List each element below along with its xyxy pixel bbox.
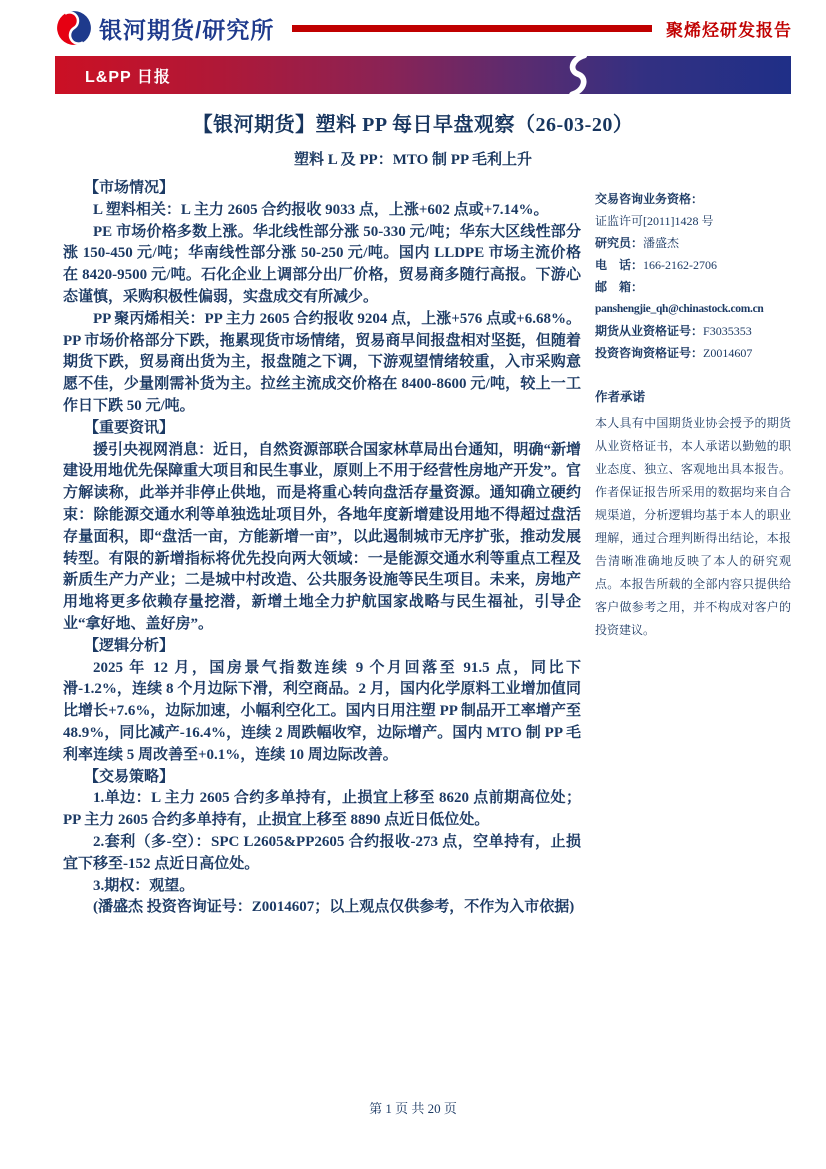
header-divider-rule (292, 25, 652, 32)
email-address: panshengjie_qh@chinastock.com.cn (595, 298, 791, 320)
researcher-name: 潘盛杰 (643, 236, 679, 250)
author-promise-text: 本人具有中国期货业协会授予的期货从业资格证书，本人承诺以勤勉的职业态度、独立、客… (595, 412, 791, 642)
futures-cert-number: F3035353 (703, 324, 752, 338)
page-number: 第 1 页 共 20 页 (369, 1101, 457, 1116)
banner-swirl-icon (563, 54, 591, 96)
report-content: 【市场情况】 L 塑料相关：L 主力 2605 合约报收 9033 点，上涨+6… (63, 178, 791, 919)
body-paragraph: 3.期权：观望。 (63, 876, 581, 898)
qualification-number: 证监许可[2011]1428 号 (595, 210, 791, 232)
report-page: 银河期货/研究所 聚烯烃研发报告 L&PP 日报 【银河期货】塑料 PP 每日早… (0, 0, 826, 1169)
body-paragraph: 2.套利（多-空）：SPC L2605&PP2605 合约报收-273 点，空单… (63, 832, 581, 876)
section-heading: 【交易策略】 (63, 767, 581, 789)
body-paragraph: 援引央视网消息：近日，自然资源部联合国家林草局出台通知，明确“新增建设用地优先保… (63, 440, 581, 636)
section-heading: 【重要资讯】 (63, 418, 581, 440)
brand-division-text: /研究所 (195, 17, 274, 43)
advisor-cert-row: 投资咨询资格证号：Z0014607 (595, 342, 791, 364)
page-footer: 第 1 页 共 20 页 (0, 1098, 826, 1117)
report-series-tag: 聚烯烃研发报告 (666, 16, 792, 41)
futures-cert-label: 期货从业资格证号： (595, 324, 703, 338)
phone-number: 166-2162-2706 (643, 258, 717, 272)
researcher-label: 研究员： (595, 236, 643, 250)
section-heading: 【市场情况】 (63, 178, 581, 200)
advisor-cert-label: 投资咨询资格证号： (595, 346, 703, 360)
page-subtitle: 塑料 L 及 PP：MTO 制 PP 毛利上升 (0, 148, 826, 169)
futures-cert-row: 期货从业资格证号：F3035353 (595, 320, 791, 342)
body-paragraph: L 塑料相关：L 主力 2605 合约报收 9033 点，上涨+602 点或+7… (63, 200, 581, 222)
researcher-info-panel: 交易咨询业务资格： 证监许可[2011]1428 号 研究员：潘盛杰 电 话：1… (595, 178, 791, 919)
report-header: 银河期货/研究所 聚烯烃研发报告 (56, 8, 792, 48)
qualification-label: 交易咨询业务资格： (595, 188, 791, 210)
banner-title: L&PP 日报 (85, 64, 171, 87)
report-body: 【市场情况】 L 塑料相关：L 主力 2605 合约报收 9033 点，上涨+6… (63, 178, 581, 919)
page-title: 【银河期货】塑料 PP 每日早盘观察（26-03-20） (0, 108, 826, 137)
body-paragraph: PE 市场价格多数上涨。华北线性部分涨 50-330 元/吨；华东大区线性部分涨… (63, 222, 581, 309)
phone-label: 电 话： (595, 258, 643, 272)
body-paragraph: (潘盛杰 投资咨询证号：Z0014607；以上观点仅供参考，不作为入市依据) (63, 897, 581, 919)
section-heading: 【逻辑分析】 (63, 636, 581, 658)
phone-row: 电 话：166-2162-2706 (595, 254, 791, 276)
brand-swirl-icon (56, 10, 92, 46)
body-paragraph: 2025 年 12 月，国房景气指数连续 9 个月回落至 91.5 点，同比下滑… (63, 658, 581, 767)
brand-name: 银河期货/研究所 (99, 12, 274, 45)
researcher-row: 研究员：潘盛杰 (595, 232, 791, 254)
body-paragraph: PP 聚丙烯相关：PP 主力 2605 合约报收 9204 点，上涨+576 点… (63, 309, 581, 418)
email-label: 邮 箱： (595, 276, 791, 298)
body-paragraph: 1.单边：L 主力 2605 合约多单持有，止损宜上移至 8620 点前期高位处… (63, 788, 581, 832)
author-promise-title: 作者承诺 (595, 386, 791, 408)
report-banner: L&PP 日报 (55, 56, 791, 94)
brand-name-text: 银河期货 (99, 17, 195, 43)
advisor-cert-number: Z0014607 (703, 346, 752, 360)
